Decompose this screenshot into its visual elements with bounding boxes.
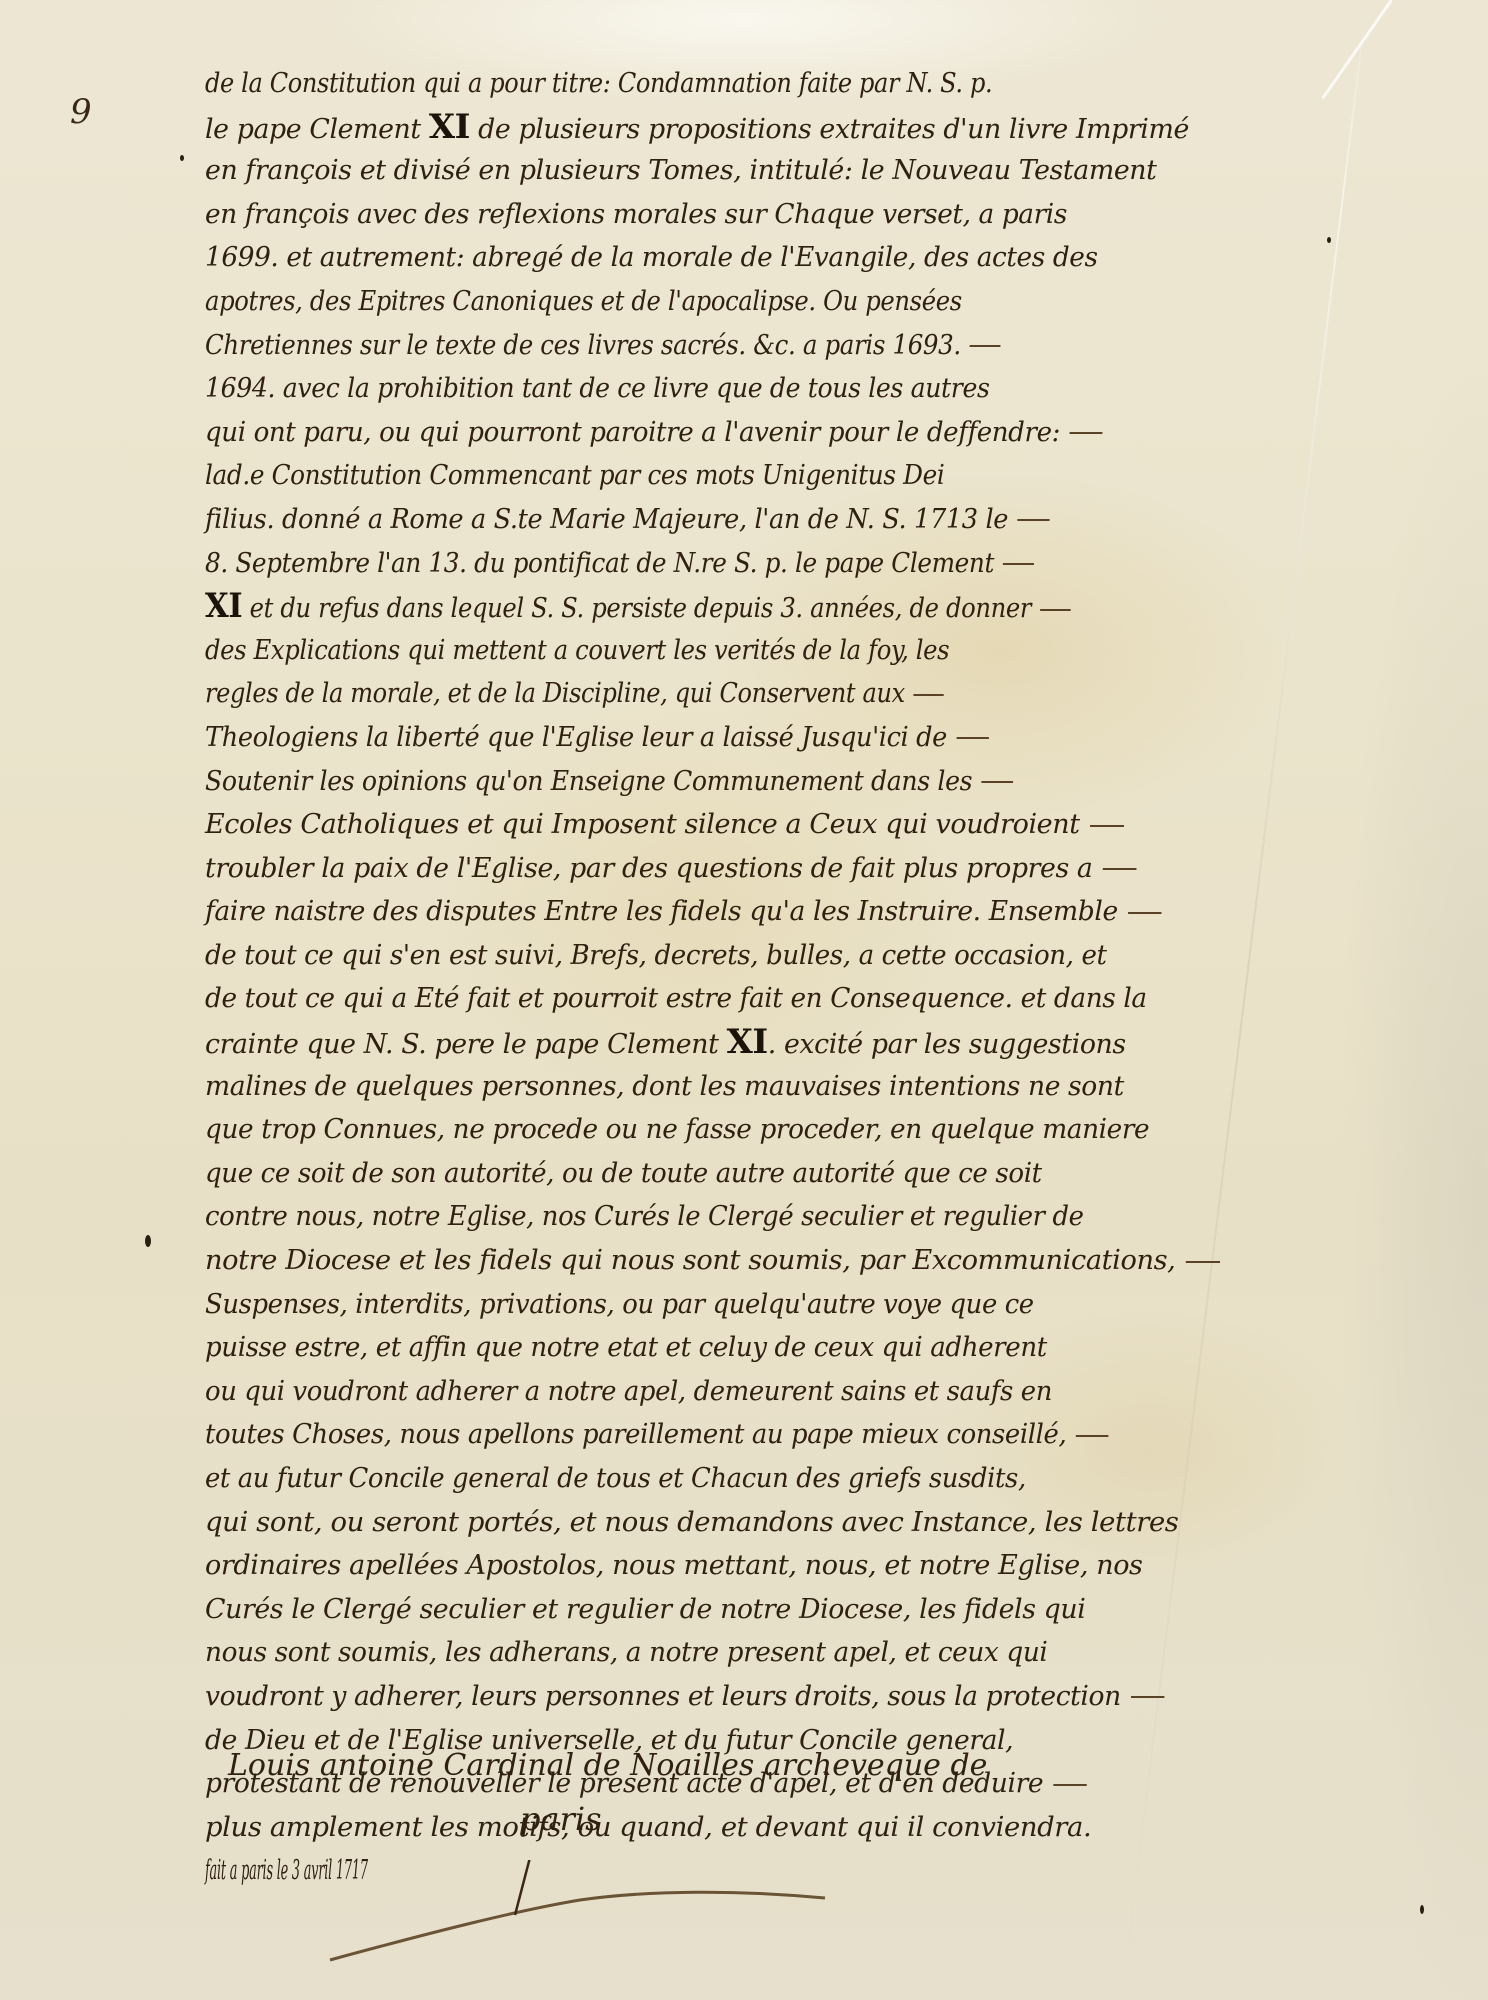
signature-name: Louis antoine Cardinal de Noailles arche… bbox=[228, 1748, 987, 1783]
line-text: qui sont, ou seront portés, et nous dema… bbox=[205, 1507, 1178, 1538]
manuscript-line: Soutenir les opinions qu'on Enseigne Com… bbox=[205, 760, 1305, 804]
line-text: 1694. avec la prohibition tant de ce liv… bbox=[205, 373, 990, 404]
manuscript-line: que trop Connues, ne procede ou ne fasse… bbox=[205, 1108, 1356, 1152]
line-text: nous sont soumis, les adherans, a notre … bbox=[205, 1637, 1047, 1668]
line-text: plus amplement les motifs, ou quand, et … bbox=[205, 1812, 1091, 1843]
manuscript-line: Curés le Clergé seculier et regulier de … bbox=[205, 1588, 1376, 1632]
line-text: toutes Choses, nous apellons pareillemen… bbox=[205, 1419, 1066, 1450]
manuscript-line: et au futur Concile general de tous et C… bbox=[205, 1457, 1335, 1501]
line-text: que trop Connues, ne procede ou ne fasse… bbox=[205, 1114, 1149, 1145]
line-filler-dash bbox=[1128, 912, 1161, 914]
manuscript-line: en françois avec des reflexions morales … bbox=[205, 193, 1356, 237]
manuscript-line: plus amplement les motifs, ou quand, et … bbox=[205, 1806, 1405, 1850]
line-filler-dash bbox=[1076, 1435, 1109, 1437]
line-text: lad.e Constitution Commencant par ces mo… bbox=[205, 460, 944, 491]
manuscript-line: troubler la paix de l'Eglise, par des qu… bbox=[205, 847, 1376, 891]
line-text: troubler la paix de l'Eglise, par des qu… bbox=[205, 853, 1092, 884]
line-text: . excité par les suggestions bbox=[768, 1029, 1126, 1060]
line-text: Soutenir les opinions qu'on Enseigne Com… bbox=[205, 766, 972, 797]
manuscript-line: des Explications qui mettent a couvert l… bbox=[205, 629, 1265, 673]
line-text: en françois avec des reflexions morales … bbox=[205, 199, 1067, 230]
line-text: le pape Clement bbox=[205, 114, 429, 145]
line-filler-dash bbox=[1018, 519, 1050, 521]
line-text: voudront y adherer, leurs personnes et l… bbox=[205, 1681, 1121, 1712]
line-filler-dash bbox=[1053, 1784, 1086, 1786]
manuscript-page: 9 de la Constitution qui a pour titre: C… bbox=[0, 0, 1488, 2000]
line-text: puisse estre, et affin que notre etat et… bbox=[205, 1332, 1047, 1363]
line-filler-dash bbox=[1102, 868, 1136, 870]
manuscript-line: qui ont paru, ou qui pourront paroitre a… bbox=[205, 411, 1345, 455]
line-text: crainte que N. S. pere le pape Clement bbox=[205, 1029, 727, 1060]
manuscript-line: Ecoles Catholiques et qui Imposent silen… bbox=[205, 803, 1385, 847]
line-text: ou qui voudront adherer a notre apel, de… bbox=[205, 1376, 1052, 1407]
manuscript-line: 1694. avec la prohibition tant de ce liv… bbox=[205, 367, 1305, 411]
manuscript-line: nous sont soumis, les adherans, a notre … bbox=[205, 1631, 1356, 1675]
manuscript-line: que ce soit de son autorité, ou de toute… bbox=[205, 1152, 1345, 1196]
line-filler-dash bbox=[1185, 1261, 1219, 1263]
ink-spot bbox=[145, 1235, 151, 1247]
line-filler-dash bbox=[1090, 825, 1124, 827]
line-text: de tout ce qui s'en est suivi, Brefs, de… bbox=[205, 940, 1107, 971]
line-text: faire naistre des disputes Entre les fid… bbox=[205, 896, 1118, 927]
roman-numeral: XI bbox=[429, 107, 470, 147]
line-filler-dash bbox=[1131, 1696, 1164, 1698]
manuscript-line: Theologiens la liberté que l'Eglise leur… bbox=[205, 716, 1325, 760]
line-filler-dash bbox=[956, 737, 988, 739]
manuscript-line: Chretiennes sur le texte de ces livres s… bbox=[205, 324, 1275, 368]
manuscript-line: ordinaires apellées Apostolos, nous mett… bbox=[205, 1544, 1385, 1588]
signature-flourish bbox=[320, 1860, 840, 1980]
line-text: en françois et divisé en plusieurs Tomes… bbox=[205, 155, 1157, 186]
manuscript-line: qui sont, ou seront portés, et nous dema… bbox=[205, 1501, 1405, 1545]
manuscript-line: contre nous, notre Eglise, nos Curés le … bbox=[205, 1195, 1335, 1239]
manuscript-line: de tout ce qui s'en est suivi, Brefs, de… bbox=[205, 934, 1345, 978]
line-text: Theologiens la liberté que l'Eglise leur… bbox=[205, 722, 947, 753]
line-text: Ecoles Catholiques et qui Imposent silen… bbox=[205, 809, 1080, 840]
manuscript-line: lad.e Constitution Commencant par ces mo… bbox=[205, 454, 1285, 498]
line-filler-dash bbox=[1070, 432, 1103, 434]
manuscript-line: faire naistre des disputes Entre les fid… bbox=[205, 890, 1365, 934]
manuscript-line: 8. Septembre l'an 13. du pontificat de N… bbox=[205, 542, 1285, 586]
ink-spot bbox=[1420, 1905, 1424, 1914]
manuscript-line: notre Diocese et les fidels qui nous son… bbox=[205, 1239, 1394, 1283]
line-text: notre Diocese et les fidels qui nous son… bbox=[205, 1245, 1175, 1276]
manuscript-line: filius. donné a Rome a S.te Marie Majeur… bbox=[205, 498, 1325, 542]
manuscript-line: XI et du refus dans lequel S. S. persist… bbox=[205, 585, 1265, 629]
line-text: que ce soit de son autorité, ou de toute… bbox=[205, 1158, 1042, 1189]
line-text: Suspenses, interdits, privations, ou par… bbox=[205, 1289, 1034, 1320]
manuscript-line: Suspenses, interdits, privations, ou par… bbox=[205, 1283, 1335, 1327]
line-text: 1699. et autrement: abregé de la morale … bbox=[205, 242, 1098, 273]
manuscript-line: le pape Clement XI de plusieurs proposit… bbox=[205, 106, 1376, 150]
manuscript-line: de la Constitution qui a pour titre: Con… bbox=[205, 62, 1255, 106]
line-filler-dash bbox=[1040, 609, 1071, 611]
line-filler-dash bbox=[981, 781, 1013, 783]
manuscript-line: crainte que N. S. pere le pape Clement X… bbox=[205, 1021, 1376, 1065]
manuscript-line: voudront y adherer, leurs personnes et l… bbox=[205, 1675, 1365, 1719]
page-number: 9 bbox=[70, 92, 92, 132]
manuscript-line: en françois et divisé en plusieurs Tomes… bbox=[205, 149, 1376, 193]
manuscript-line: de tout ce qui a Eté fait et pourroit es… bbox=[205, 977, 1356, 1021]
line-text: de plusieurs propositions extraites d'un… bbox=[470, 114, 1189, 145]
line-text: regles de la morale, et de la Discipline… bbox=[205, 678, 905, 709]
line-text: apotres, des Epitres Canoniques et de l'… bbox=[205, 286, 962, 317]
line-text: Chretiennes sur le texte de ces livres s… bbox=[205, 330, 961, 361]
line-text: contre nous, notre Eglise, nos Curés le … bbox=[205, 1201, 1084, 1232]
manuscript-line: ou qui voudront adherer a notre apel, de… bbox=[205, 1370, 1335, 1414]
manuscript-line: apotres, des Epitres Canoniques et de l'… bbox=[205, 280, 1265, 324]
line-filler-dash bbox=[1003, 563, 1034, 565]
manuscript-line: 1699. et autrement: abregé de la morale … bbox=[205, 236, 1356, 280]
signature-city: paris bbox=[520, 1800, 602, 1838]
roman-numeral: XI bbox=[205, 586, 242, 626]
line-text: et du refus dans lequel S. S. persiste d… bbox=[242, 593, 1031, 624]
line-text: des Explications qui mettent a couvert l… bbox=[205, 635, 949, 666]
ink-spot bbox=[1327, 237, 1331, 243]
manuscript-line: regles de la morale, et de la Discipline… bbox=[205, 672, 1255, 716]
line-text: de la Constitution qui a pour titre: Con… bbox=[205, 68, 992, 99]
manuscript-line: toutes Choses, nous apellons pareillemen… bbox=[205, 1413, 1335, 1457]
line-filler-dash bbox=[914, 694, 944, 696]
line-filler-dash bbox=[970, 345, 1001, 347]
roman-numeral: XI bbox=[727, 1022, 768, 1062]
manuscript-line: puisse estre, et affin que notre etat et… bbox=[205, 1326, 1345, 1370]
line-text: malines de quelques personnes, dont les … bbox=[205, 1071, 1124, 1102]
line-text: Curés le Clergé seculier et regulier de … bbox=[205, 1594, 1085, 1625]
ink-spot bbox=[180, 155, 184, 161]
line-text: et au futur Concile general de tous et C… bbox=[205, 1463, 1026, 1494]
manuscript-line: malines de quelques personnes, dont les … bbox=[205, 1065, 1365, 1109]
line-text: 8. Septembre l'an 13. du pontificat de N… bbox=[205, 548, 994, 579]
line-text: filius. donné a Rome a S.te Marie Majeur… bbox=[205, 504, 1008, 535]
line-text: de tout ce qui a Eté fait et pourroit es… bbox=[205, 983, 1147, 1014]
line-text: ordinaires apellées Apostolos, nous mett… bbox=[205, 1550, 1143, 1581]
manuscript-body: de la Constitution qui a pour titre: Con… bbox=[205, 62, 1385, 1893]
line-text: qui ont paru, ou qui pourront paroitre a… bbox=[205, 417, 1060, 448]
